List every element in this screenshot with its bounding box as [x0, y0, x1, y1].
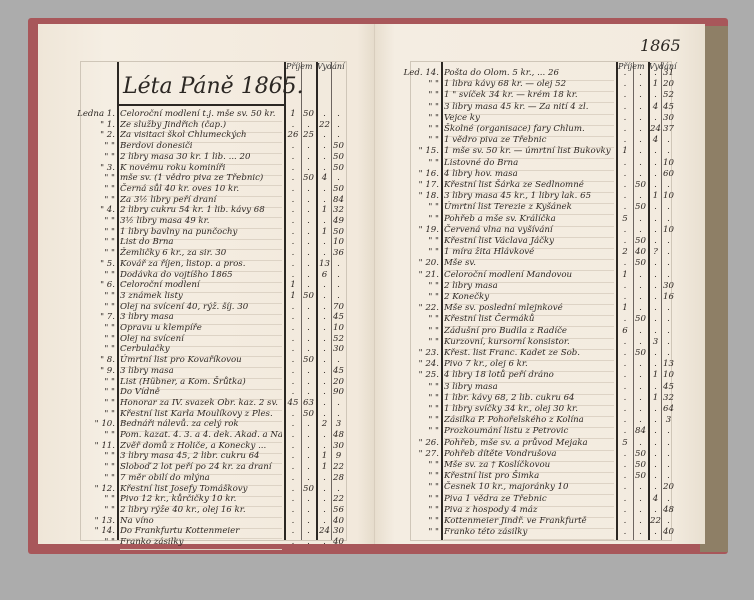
expense-kr: 40: [661, 526, 676, 539]
row-date: " ": [401, 526, 439, 539]
page-title: Léta Páně 1865.: [123, 74, 304, 99]
expense-zl: .: [317, 536, 332, 549]
row-description: Franko zásilky: [120, 536, 282, 550]
left-ledger-table: Příjem Vydání Léta Páně 1865. Ledna 1.Ce…: [80, 61, 347, 541]
ledger-row: " "Franko této zásilky...40: [411, 526, 671, 539]
title-underline: [117, 104, 284, 106]
income-kr: .: [633, 526, 648, 539]
left-income-header: Příjem: [286, 62, 313, 71]
row-description: Franko této zásilky: [444, 526, 614, 540]
right-page: 1865 Příjem Vydání Led. 14.Pošta do Olom…: [375, 24, 705, 544]
expense-kr: 40: [331, 536, 346, 549]
right-ledger-table: Příjem Vydání Led. 14.Pošta do Olom. 5 k…: [410, 61, 672, 541]
page-year: 1865: [640, 36, 681, 55]
left-page: Příjem Vydání Léta Páně 1865. Ledna 1.Ce…: [38, 24, 375, 544]
income-zl: .: [285, 536, 301, 549]
income-kr: .: [301, 536, 316, 549]
ledger-row: " "Franko zásilky...40: [81, 536, 346, 549]
income-zl: .: [617, 526, 633, 539]
left-expense-header: Vydání: [317, 62, 345, 71]
row-date: " ": [41, 536, 115, 549]
